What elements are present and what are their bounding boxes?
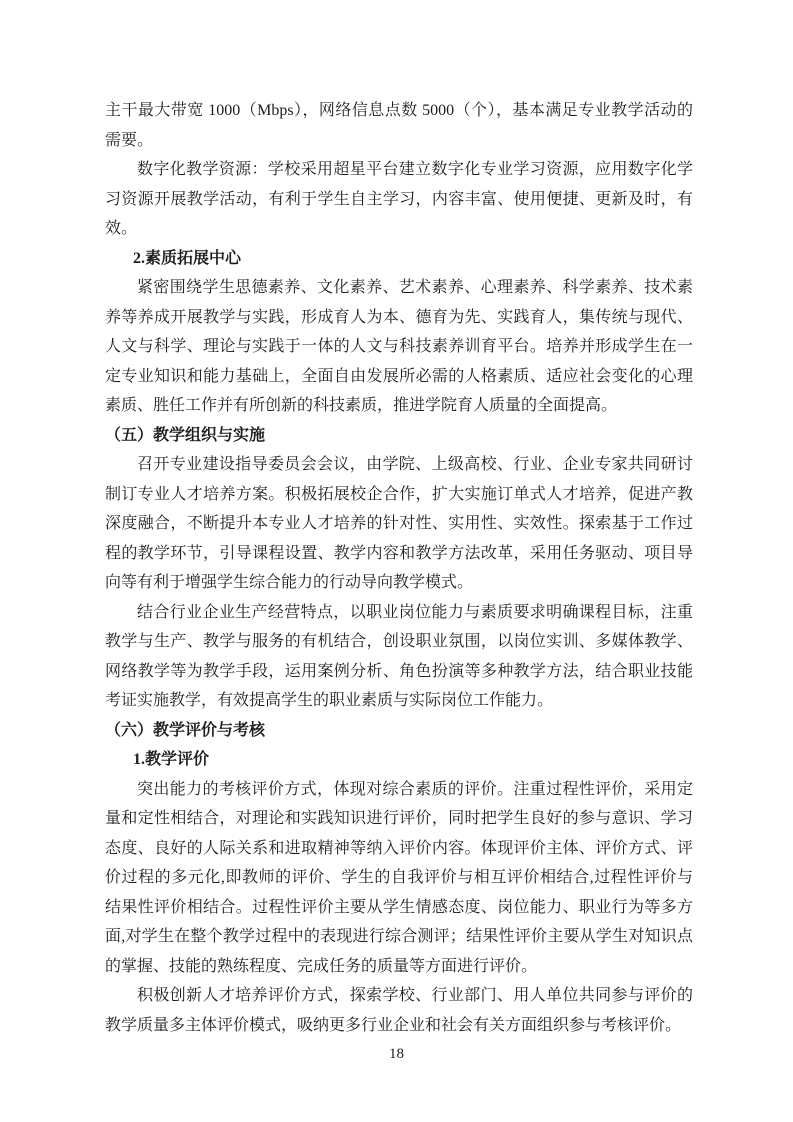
text-line: 价过程的多元化,即教师的评价、学生的自我评价与相互评价相结合,过程性评价与 xyxy=(105,863,693,893)
text-line: 程的教学环节，引导课程设置、教学内容和教学方法改革，采用任务驱动、项目导 xyxy=(105,539,693,569)
text-line: 养等养成开展教学与实践，形成育人为本、德育为先、实践育人，集传统与现代、 xyxy=(105,303,693,333)
text-line: 深度融合，不断提升本专业人才培养的针对性、实用性、实效性。探索基于工作过 xyxy=(105,509,693,539)
text-line: 教学与生产、教学与服务的有机结合，创设职业氛围，以岗位实训、多媒体教学、 xyxy=(105,627,693,657)
text-line: 突出能力的考核评价方式，体现对综合素质的评价。注重过程性评价，采用定 xyxy=(105,775,693,805)
text-line: 需要。 xyxy=(105,126,693,156)
text-line: 习资源开展教学活动，有利于学生自主学习，内容丰富、使用便捷、更新及时，有 xyxy=(105,185,693,215)
section-heading: （六）教学评价与考核 xyxy=(105,716,693,746)
section-heading: （五）教学组织与实施 xyxy=(105,421,693,451)
text-line: 紧密围绕学生思德素养、文化素养、艺术素养、心理素养、科学素养、技术素 xyxy=(105,273,693,303)
text-line: 召开专业建设指导委员会会议，由学院、上级高校、行业、企业专家共同研讨 xyxy=(105,450,693,480)
text-line: 量和定性相结合，对理论和实践知识进行评价，同时把学生良好的参与意识、学习 xyxy=(105,804,693,834)
text-line: 数字化教学资源：学校采用超星平台建立数字化专业学习资源，应用数字化学 xyxy=(105,155,693,185)
text-line: 教学质量多主体评价模式，吸纳更多行业企业和社会有关方面组织参与考核评价。 xyxy=(105,1011,693,1041)
text-line: 素质、胜任工作并有所创新的科技素质，推进学院育人质量的全面提高。 xyxy=(105,391,693,421)
text-line: 向等有利于增强学生综合能力的行动导向教学模式。 xyxy=(105,568,693,598)
text-line: 考证实施教学，有效提高学生的职业素质与实际岗位工作能力。 xyxy=(105,686,693,716)
text-line: 结果性评价相结合。过程性评价主要从学生情感态度、岗位能力、职业行为等多方 xyxy=(105,893,693,923)
text-line: 态度、良好的人际关系和进取精神等纳入评价内容。体现评价主体、评价方式、评 xyxy=(105,834,693,864)
document-body: 主干最大带宽 1000（Mbps），网络信息点数 5000（个），基本满足专业教… xyxy=(105,96,693,1040)
text-line: 效。 xyxy=(105,214,693,244)
text-line: 的掌握、技能的熟练程度、完成任务的质量等方面进行评价。 xyxy=(105,952,693,982)
text-line: 积极创新人才培养评价方式，探索学校、行业部门、用人单位共同参与评价的 xyxy=(105,981,693,1011)
text-line: 定专业知识和能力基础上，全面自由发展所必需的人格素质、适应社会变化的心理 xyxy=(105,362,693,392)
page-number: 18 xyxy=(0,1044,793,1064)
text-line: 结合行业企业生产经营特点，以职业岗位能力与素质要求明确课程目标，注重 xyxy=(105,598,693,628)
section-heading: 2.素质拓展中心 xyxy=(105,244,693,274)
text-line: 网络教学等为教学手段，运用案例分析、角色扮演等多种教学方法，结合职业技能 xyxy=(105,657,693,687)
text-line: 人文与科学、理论与实践于一体的人文与科技素养训育平台。培养并形成学生在一 xyxy=(105,332,693,362)
section-heading: 1.教学评价 xyxy=(105,745,693,775)
document-page: 主干最大带宽 1000（Mbps），网络信息点数 5000（个），基本满足专业教… xyxy=(0,0,793,1122)
text-line: 制订专业人才培养方案。积极拓展校企合作，扩大实施订单式人才培养，促进产教 xyxy=(105,480,693,510)
text-line: 面,对学生在整个教学过程中的表现进行综合测评；结果性评价主要从学生对知识点 xyxy=(105,922,693,952)
text-line: 主干最大带宽 1000（Mbps），网络信息点数 5000（个），基本满足专业教… xyxy=(105,96,693,126)
